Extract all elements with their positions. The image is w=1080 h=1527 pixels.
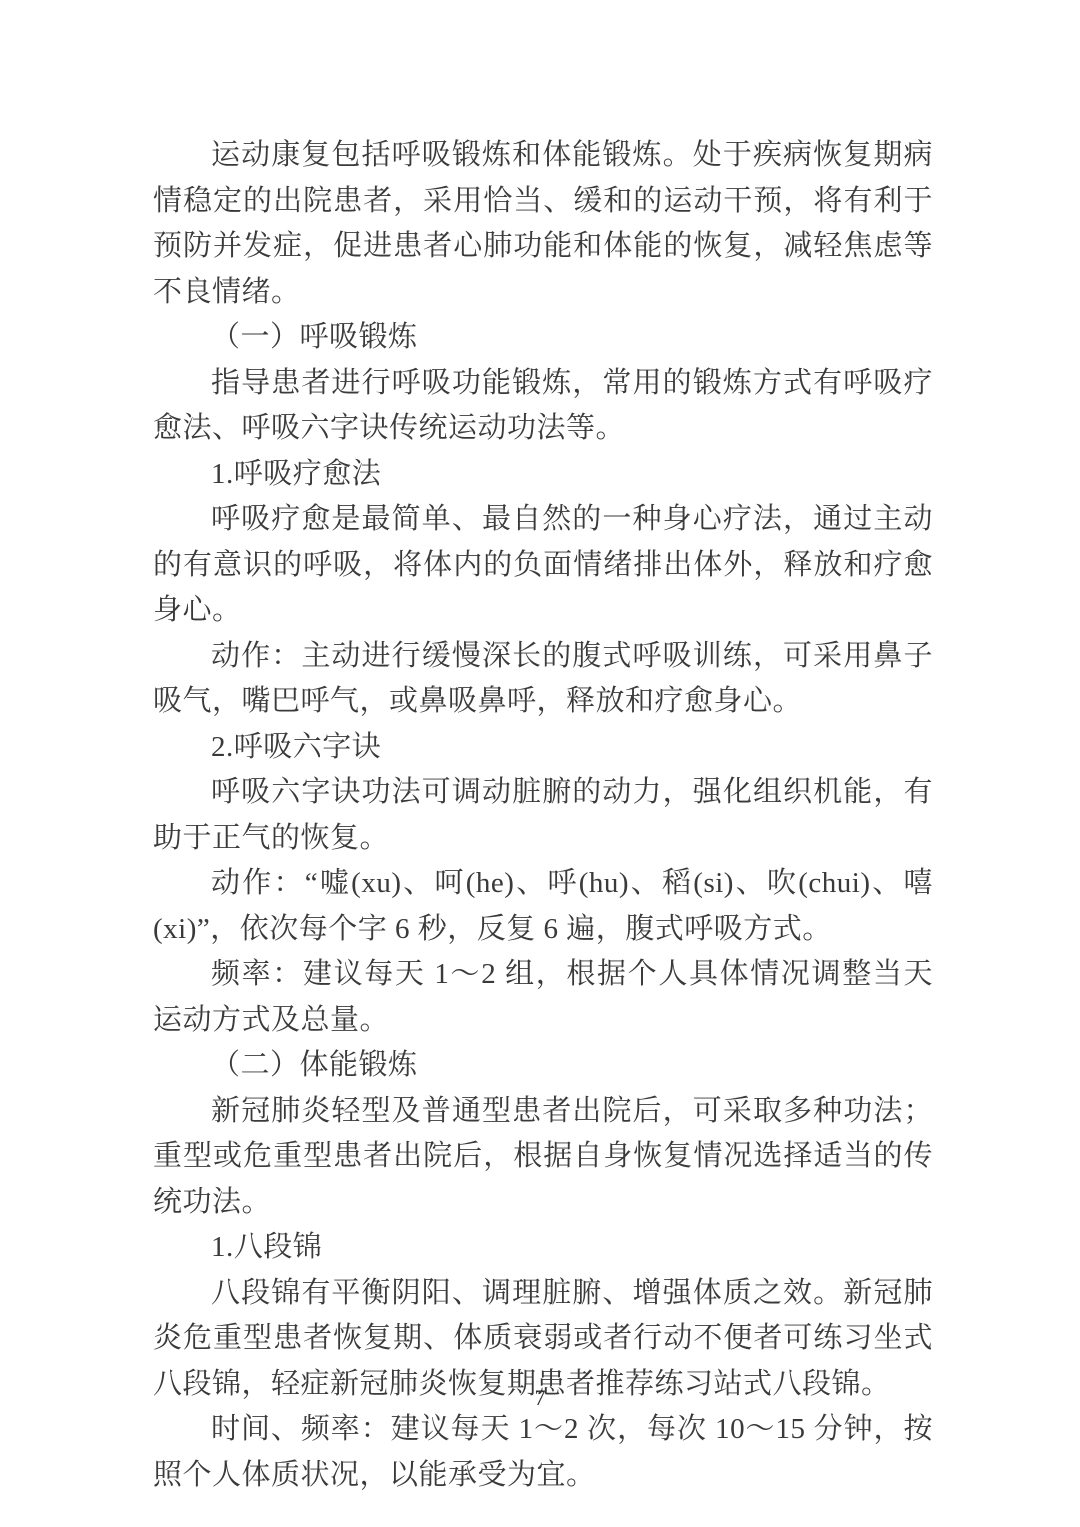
paragraph: 1.八段锦 — [153, 1225, 933, 1271]
document-page: 运动康复包括呼吸锻炼和体能锻炼。处于疾病恢复期病情稳定的出院患者，采用恰当、缓和… — [0, 0, 1080, 1527]
page-number: 7 — [535, 1385, 546, 1410]
paragraph: 动作：“嘘(xu)、呵(he)、呼(hu)、稻(si)、吹(chui)、嘻(xi… — [153, 861, 933, 952]
paragraph: 呼吸疗愈是最简单、最自然的一种身心疗法，通过主动的有意识的呼吸，将体内的负面情绪… — [153, 497, 933, 634]
paragraph: （二）体能锻炼 — [153, 1043, 933, 1089]
paragraph: 频率：建议每天 1～2 组，根据个人具体情况调整当天运动方式及总量。 — [153, 952, 933, 1043]
paragraph: 2.呼吸六字诀 — [153, 725, 933, 771]
paragraph: 指导患者进行呼吸功能锻炼，常用的锻炼方式有呼吸疗愈法、呼吸六字诀传统运动功法等。 — [153, 361, 933, 452]
paragraph: 动作：主动进行缓慢深长的腹式呼吸训练，可采用鼻子吸气，嘴巴呼气，或鼻吸鼻呼，释放… — [153, 634, 933, 725]
paragraph: 时间、频率：建议每天 1～2 次，每次 10～15 分钟，按照个人体质状况，以能… — [153, 1407, 933, 1498]
paragraph: 新冠肺炎轻型及普通型患者出院后，可采取多种功法；重型或危重型患者出院后，根据自身… — [153, 1089, 933, 1226]
page-footer: 7 — [0, 1385, 1080, 1411]
paragraph: 1.呼吸疗愈法 — [153, 452, 933, 498]
paragraph: 运动康复包括呼吸锻炼和体能锻炼。处于疾病恢复期病情稳定的出院患者，采用恰当、缓和… — [153, 133, 933, 315]
document-body: 运动康复包括呼吸锻炼和体能锻炼。处于疾病恢复期病情稳定的出院患者，采用恰当、缓和… — [153, 133, 933, 1498]
paragraph: 呼吸六字诀功法可调动脏腑的动力，强化组织机能，有助于正气的恢复。 — [153, 770, 933, 861]
paragraph: （一）呼吸锻炼 — [153, 315, 933, 361]
